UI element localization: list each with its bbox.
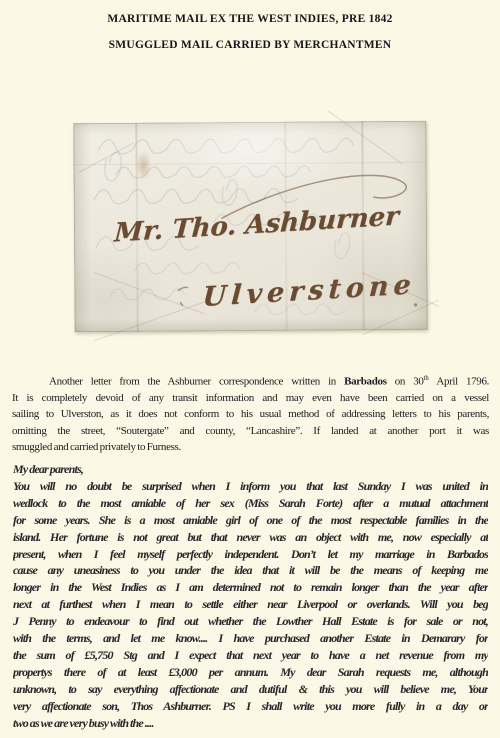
text-line: unknown, to say everything affectionate …	[13, 681, 488, 698]
text-line: island. Her fortune is not great but tha…	[13, 529, 488, 546]
crease-line	[94, 301, 206, 341]
text-line: for some years. She is a most amiable gi…	[13, 512, 488, 529]
crease-line	[74, 162, 427, 165]
address-town: Ulverstone	[202, 269, 417, 313]
crease-line	[79, 142, 134, 172]
ink-stain	[135, 151, 151, 181]
text-line: the sum of £5,750 Stg and I expect that …	[13, 647, 488, 664]
text-line: very affectionate son, Thos Ashburner. P…	[13, 698, 488, 715]
text-line: omitting the street, “Soutergate” and co…	[12, 423, 489, 439]
text-line: smuggled and carried privately to Furnes…	[12, 439, 489, 455]
text-line: propertys there of at least £3,000 per a…	[13, 664, 488, 681]
text-line: You will no doubt be surprised when I in…	[13, 478, 488, 495]
crease-line	[362, 300, 439, 336]
letter-transcript: My dear parents,You will no doubt be sur…	[13, 461, 488, 732]
text-line: wedlock to the most amiable of her sex (…	[13, 495, 488, 512]
exhibit-sheet: MARITIME MAIL EX THE WEST INDIES, PRE 18…	[0, 0, 500, 738]
text-line: with the terms, and let me know.... I ha…	[13, 630, 488, 647]
text-line: present, when I feel myself perfectly in…	[13, 546, 488, 563]
text-line: My dear parents,	[13, 461, 488, 478]
album-page: { "page": { "background_color": "#FBF8E5…	[0, 0, 500, 738]
text-line: Another letter from the Ashburner corres…	[12, 371, 489, 390]
address-recipient: Mr. Tho. Ashburner	[113, 201, 399, 248]
text-line: It is completely devoid of any transit i…	[12, 390, 489, 406]
page-subtitle: SMUGGLED MAIL CARRIED BY MERCHANTMEN	[0, 39, 500, 51]
text-line: sailing to Ulverston, as it does not con…	[12, 406, 489, 422]
crease-line	[328, 111, 403, 165]
text-line: longer in the West Indies as I am determ…	[13, 579, 488, 596]
description-paragraph: Another letter from the Ashburner corres…	[12, 371, 489, 456]
letter-scan: Mr. Tho. Ashburner Ulverstone	[73, 121, 427, 332]
crease-line	[94, 272, 205, 314]
text-line: J Penny to endeavour to find out whether…	[13, 613, 488, 630]
text-line: two as we are very busy with the ....	[13, 715, 488, 732]
text-line: cause any uneasiness to you under the id…	[13, 562, 488, 579]
page-title: MARITIME MAIL EX THE WEST INDIES, PRE 18…	[0, 13, 500, 25]
text-line: next at furthest when I mean to settle e…	[13, 596, 488, 613]
